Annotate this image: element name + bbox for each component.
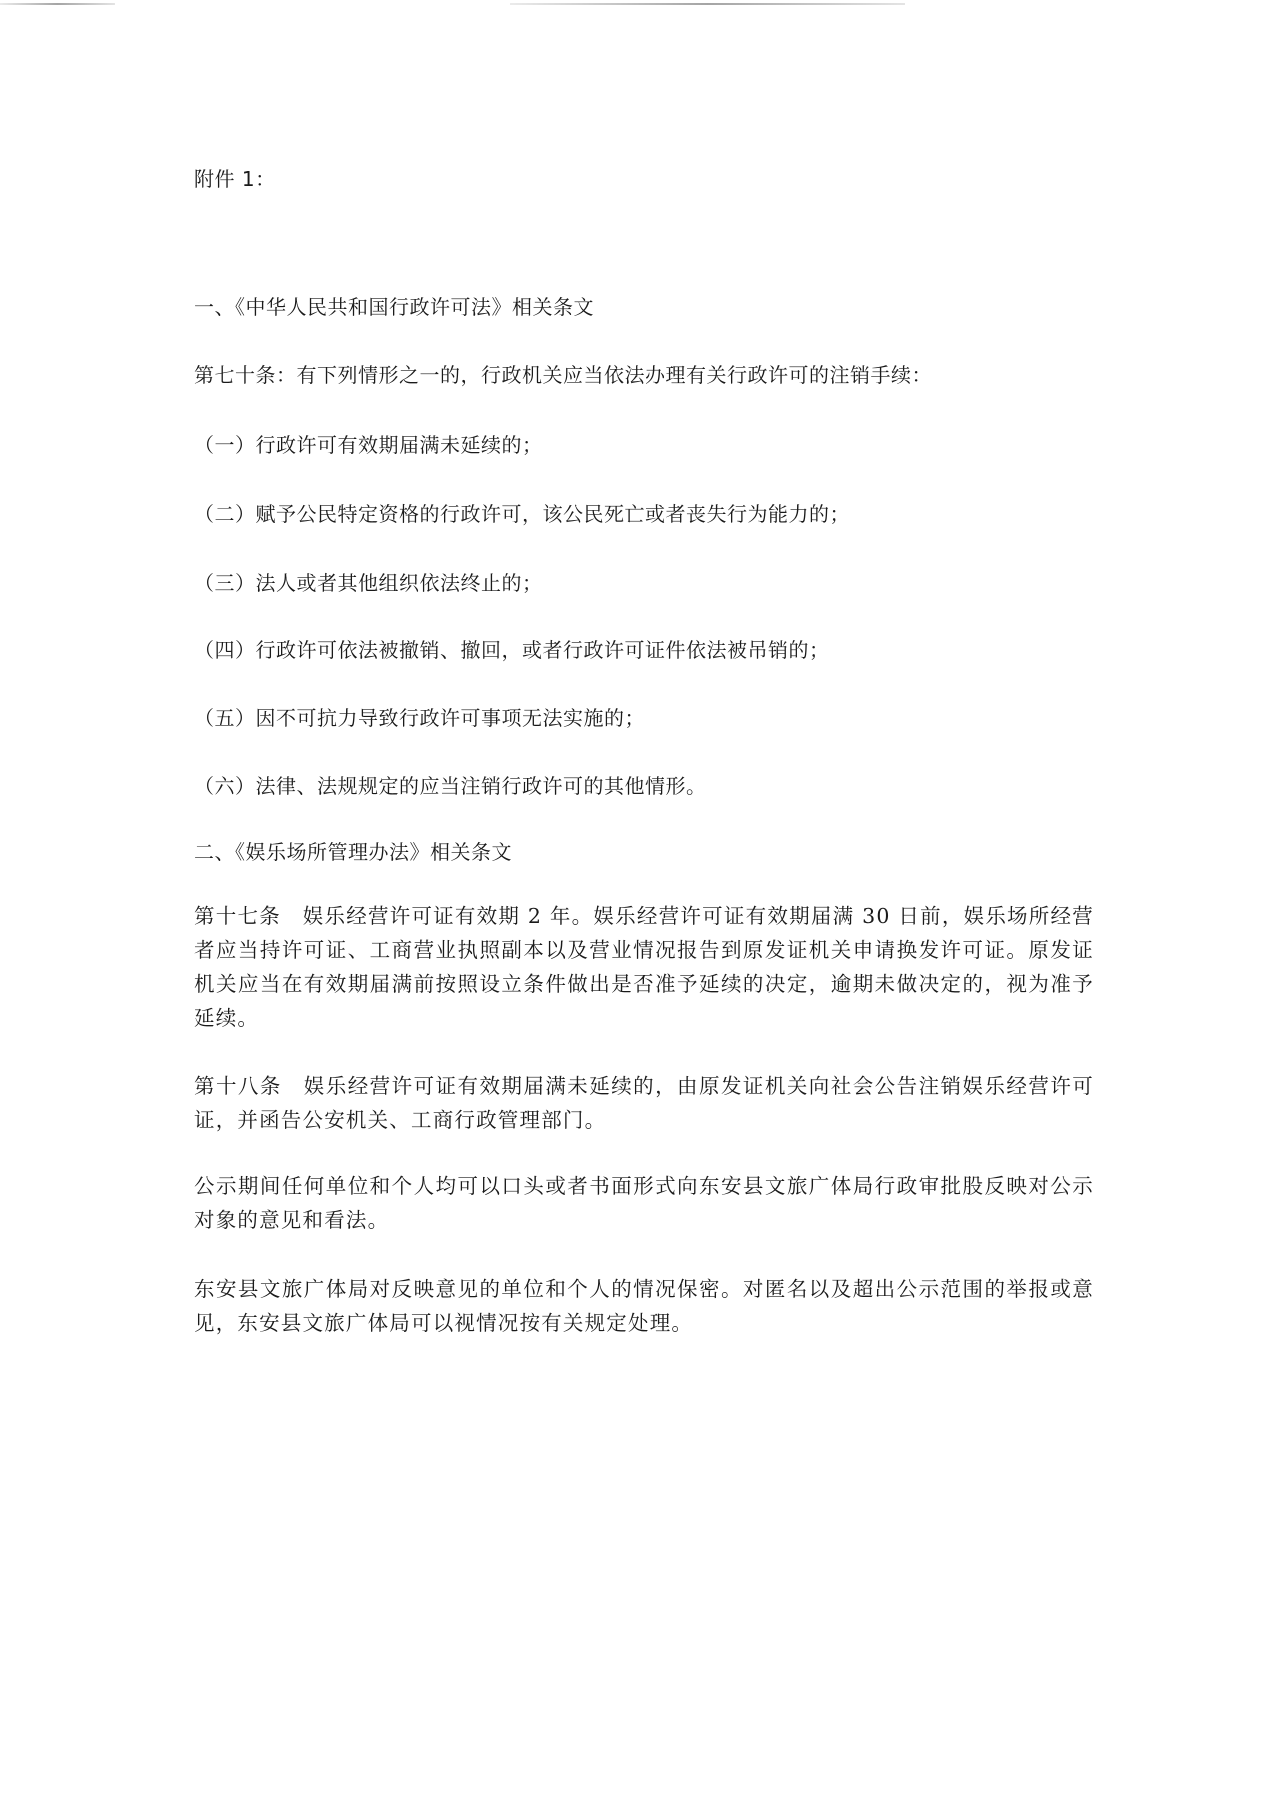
list-item: （六）法律、法规规定的应当注销行政许可的其他情形。 [194,769,707,803]
list-item: （五）因不可抗力导致行政许可事项无法实施的； [194,701,645,735]
article18-paragraph: 第十八条 娱乐经营许可证有效期届满未延续的，由原发证机关向社会公告注销娱乐经营许… [194,1069,1094,1137]
list-item: （一）行政许可有效期届满未延续的； [194,428,543,462]
section2-heading: 二、《娱乐场所管理办法》相关条文 [194,835,512,869]
list-item: （四）行政许可依法被撤销、撤回，或者行政许可证件依法被吊销的； [194,633,830,667]
scan-artifact-line [510,3,905,5]
notice-paragraph-confidentiality: 东安县文旅广体局对反映意见的单位和个人的情况保密。对匿名以及超出公示范围的举报或… [194,1272,1094,1340]
section1-heading: 一、《中华人民共和国行政许可法》相关条文 [194,290,594,324]
attachment-label: 附件 1： [194,162,276,196]
article70-intro: 第七十条：有下列情形之一的，行政机关应当依法办理有关行政许可的注销手续： [194,358,932,392]
list-item: （三）法人或者其他组织依法终止的； [194,566,543,600]
scan-artifact-line [0,3,115,5]
article17-paragraph: 第十七条 娱乐经营许可证有效期 2 年。娱乐经营许可证有效期届满 30 日前，娱… [194,899,1094,1035]
list-item: （二）赋予公民特定资格的行政许可，该公民死亡或者丧失行为能力的； [194,497,850,531]
notice-paragraph-feedback: 公示期间任何单位和个人均可以口头或者书面形式向东安县文旅广体局行政审批股反映对公… [194,1169,1094,1237]
